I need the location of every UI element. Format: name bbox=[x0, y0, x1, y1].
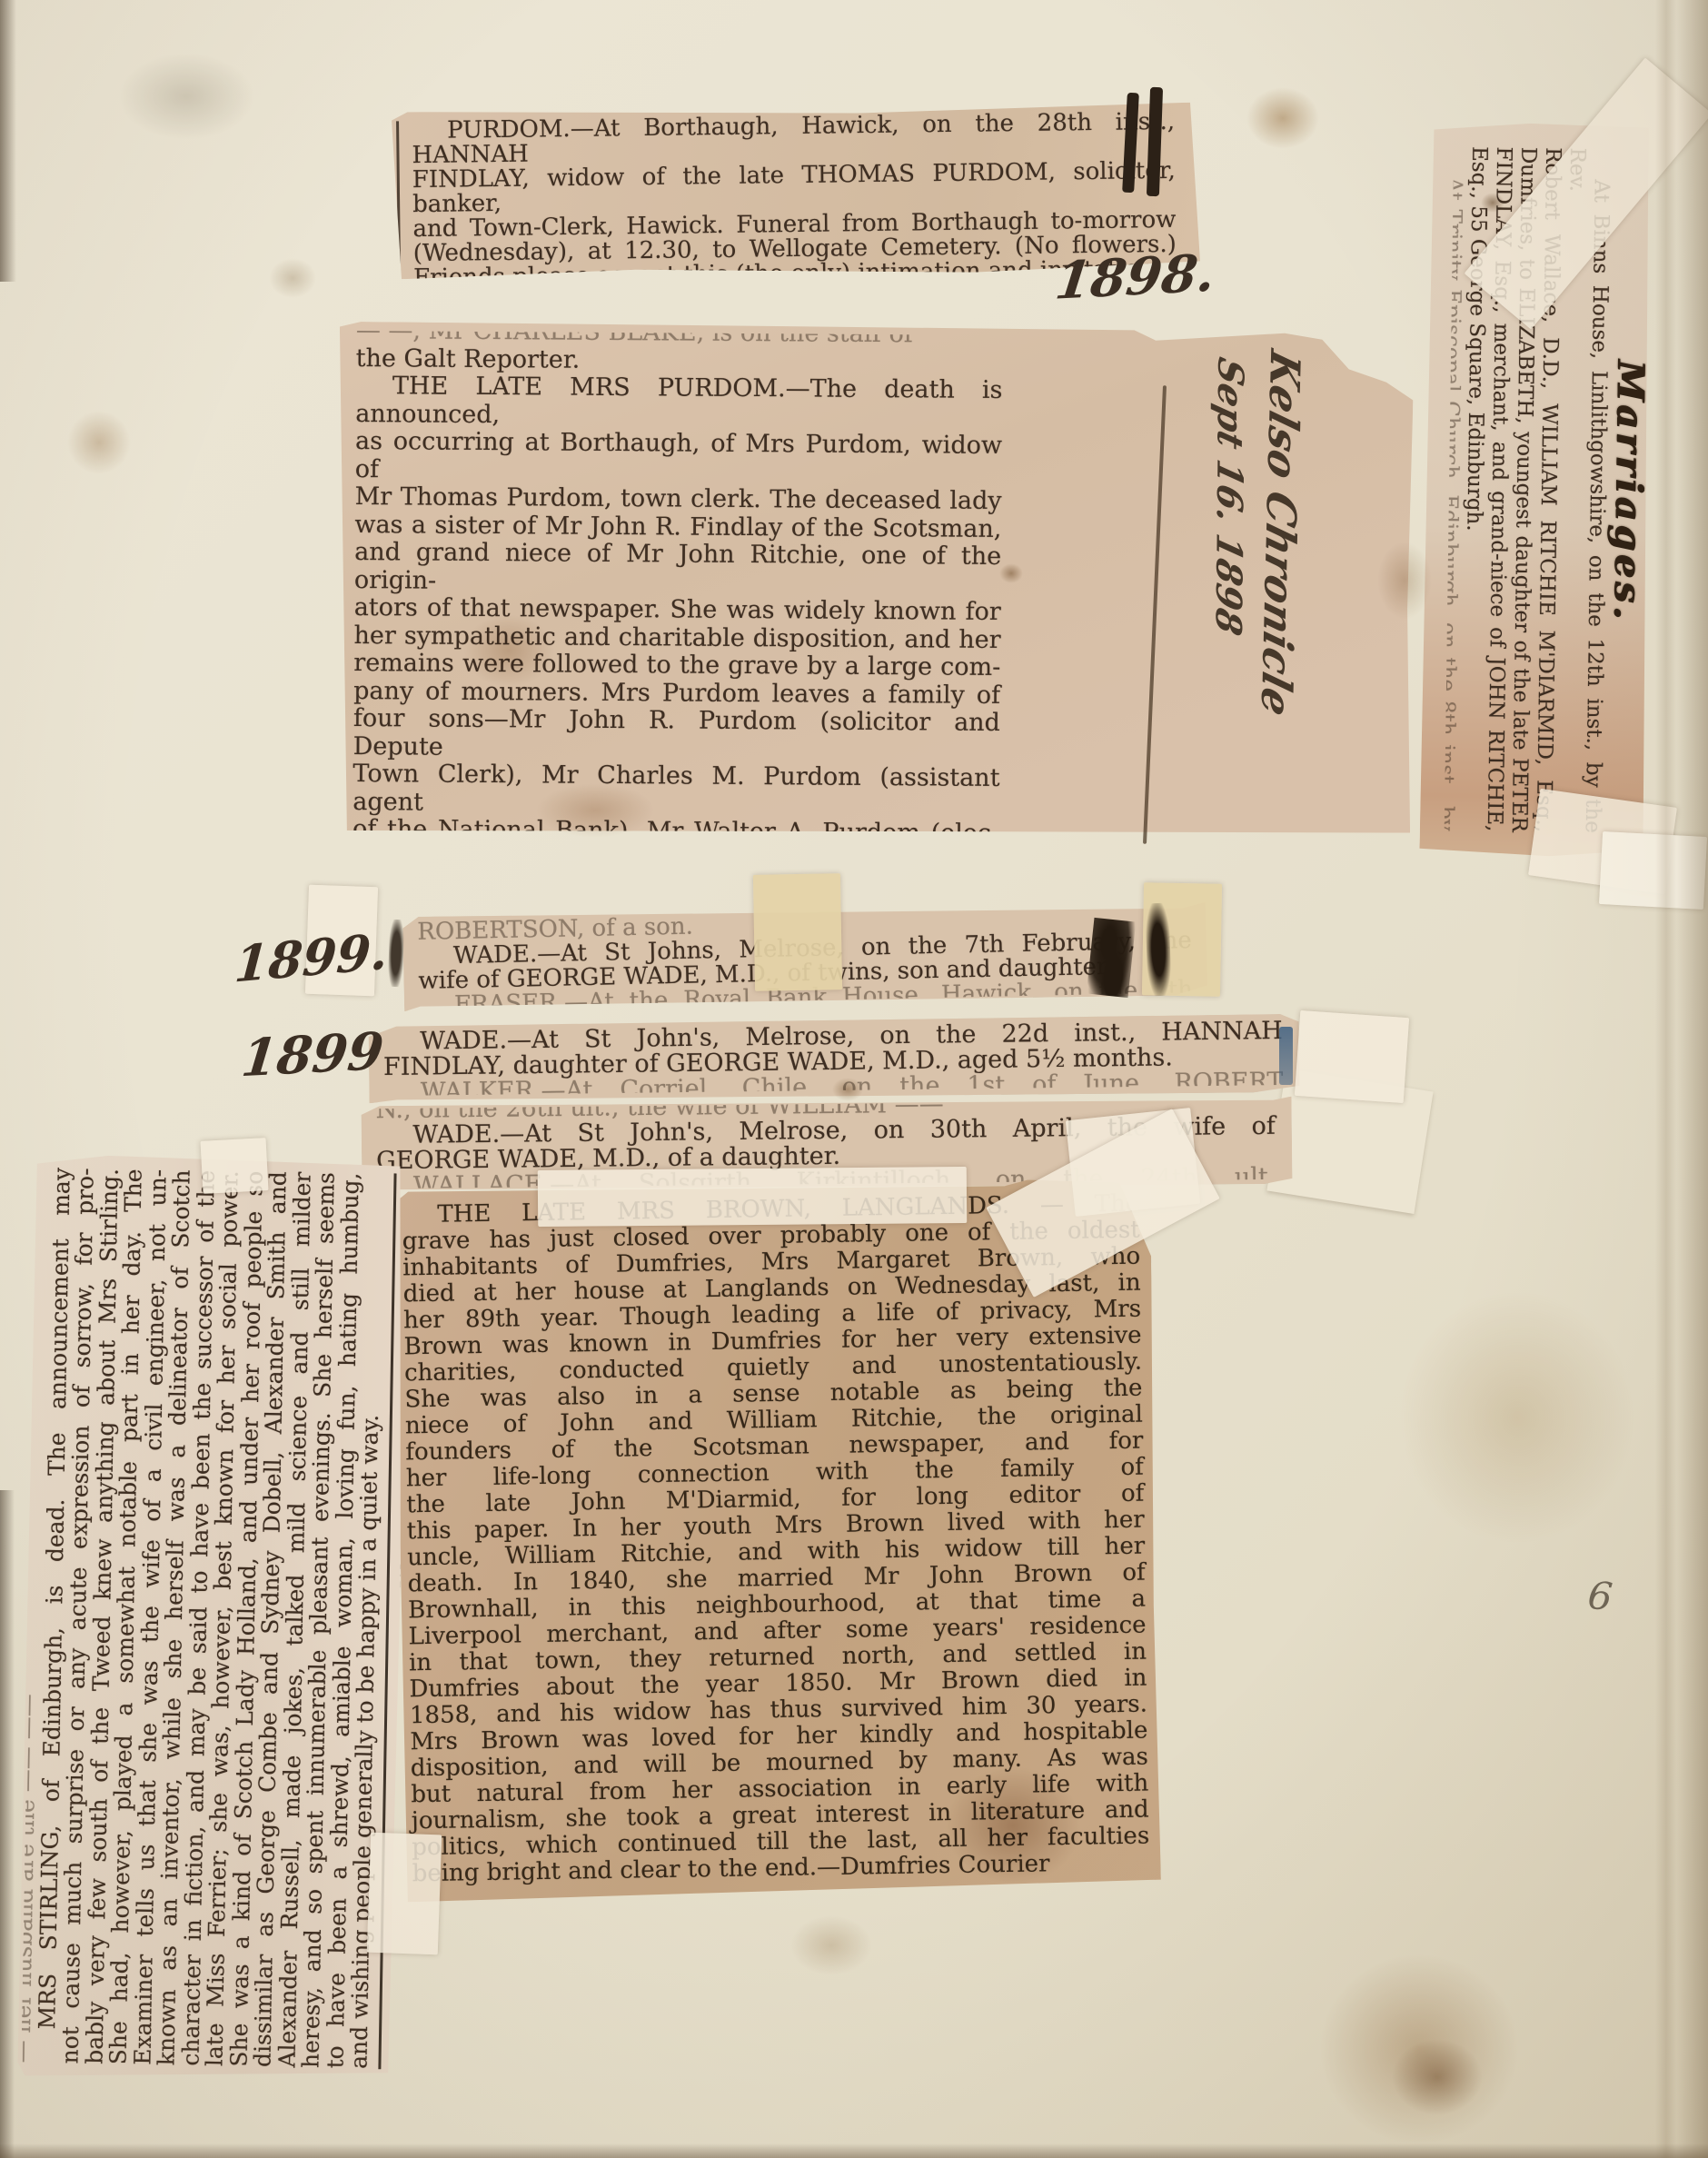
page-edge-shadow bbox=[0, 1490, 15, 2158]
stain bbox=[1392, 2039, 1483, 2115]
stain bbox=[1319, 1954, 1519, 2144]
ink-blot bbox=[1145, 903, 1172, 997]
page-edge-shadow bbox=[0, 0, 16, 282]
page-edge-shadow bbox=[1675, 0, 1708, 2158]
text-line: four sons—Mr John R. Purdom (solicitor a… bbox=[353, 705, 1000, 765]
clipping-text: THE LATE MRS BROWN, LANGLANDS. — Thegrav… bbox=[402, 1191, 1150, 1888]
text-line: THE LATE MRS PURDOM.—The death is announ… bbox=[355, 373, 1002, 433]
text-line: of the National Bank), Mr Walter A. Purd… bbox=[353, 816, 999, 848]
clipping-text: WADE.—At St John's, Melrose, on the 22d … bbox=[383, 1019, 1284, 1096]
column-rule bbox=[396, 121, 401, 272]
handwritten-year-1898: 1898. bbox=[1052, 243, 1218, 312]
tape-piece bbox=[753, 873, 842, 991]
blue-pencil-mark bbox=[1279, 1027, 1293, 1085]
stain bbox=[1246, 87, 1319, 149]
clipping-stirling-obituary: — her husband are the —— ——MRS STIRLING,… bbox=[17, 1154, 410, 2082]
ink-blot bbox=[1087, 918, 1137, 998]
page-crease bbox=[1655, 0, 1677, 2158]
stain bbox=[67, 411, 131, 474]
clipping-text: — her husband are the —— ——MRS STIRLING,… bbox=[21, 1168, 418, 2070]
tape-piece bbox=[367, 1833, 442, 1955]
clipping-wade-death: WADE.—At St John's, Melrose, on the 22d … bbox=[369, 1014, 1300, 1104]
stain bbox=[1399, 1290, 1635, 1545]
tape-piece bbox=[1599, 831, 1707, 910]
tape-piece bbox=[538, 1167, 968, 1227]
page-number-mark: 6 bbox=[1586, 1573, 1615, 1620]
handwritten-date: Sept 16. 1898 bbox=[1206, 353, 1251, 855]
ink-blot bbox=[388, 920, 405, 988]
scrapbook-page: PURDOM.—At Borthaugh, Hawick, on the 28t… bbox=[0, 0, 1708, 2158]
text-line: as occurring at Borthaugh, of Mrs Purdom… bbox=[355, 428, 1002, 488]
page-edge-shadow bbox=[0, 2143, 1708, 2158]
clipping-text: — —, Mr CHARLES BLAKE, is on the staff o… bbox=[352, 331, 1003, 974]
marriages-heading: Marriages. bbox=[1612, 148, 1646, 833]
stain bbox=[118, 53, 254, 140]
tape-piece bbox=[1295, 1010, 1409, 1103]
handwritten-source-note: Kelso Chronicle Sept 16. 1898 bbox=[1158, 349, 1309, 850]
handwritten-year-1899-bottom: 1899 bbox=[239, 1021, 387, 1089]
text-line: Town Clerk), Mr Charles M. Purdom (assis… bbox=[353, 761, 999, 820]
stain bbox=[269, 258, 316, 298]
text-line: trical engineer in Calcutta), and Mr Fin… bbox=[353, 844, 999, 904]
tape-piece bbox=[201, 1138, 269, 1194]
stain bbox=[790, 1915, 872, 1975]
text-line: and grand niece of Mr John Ritchie, one … bbox=[354, 539, 1001, 599]
